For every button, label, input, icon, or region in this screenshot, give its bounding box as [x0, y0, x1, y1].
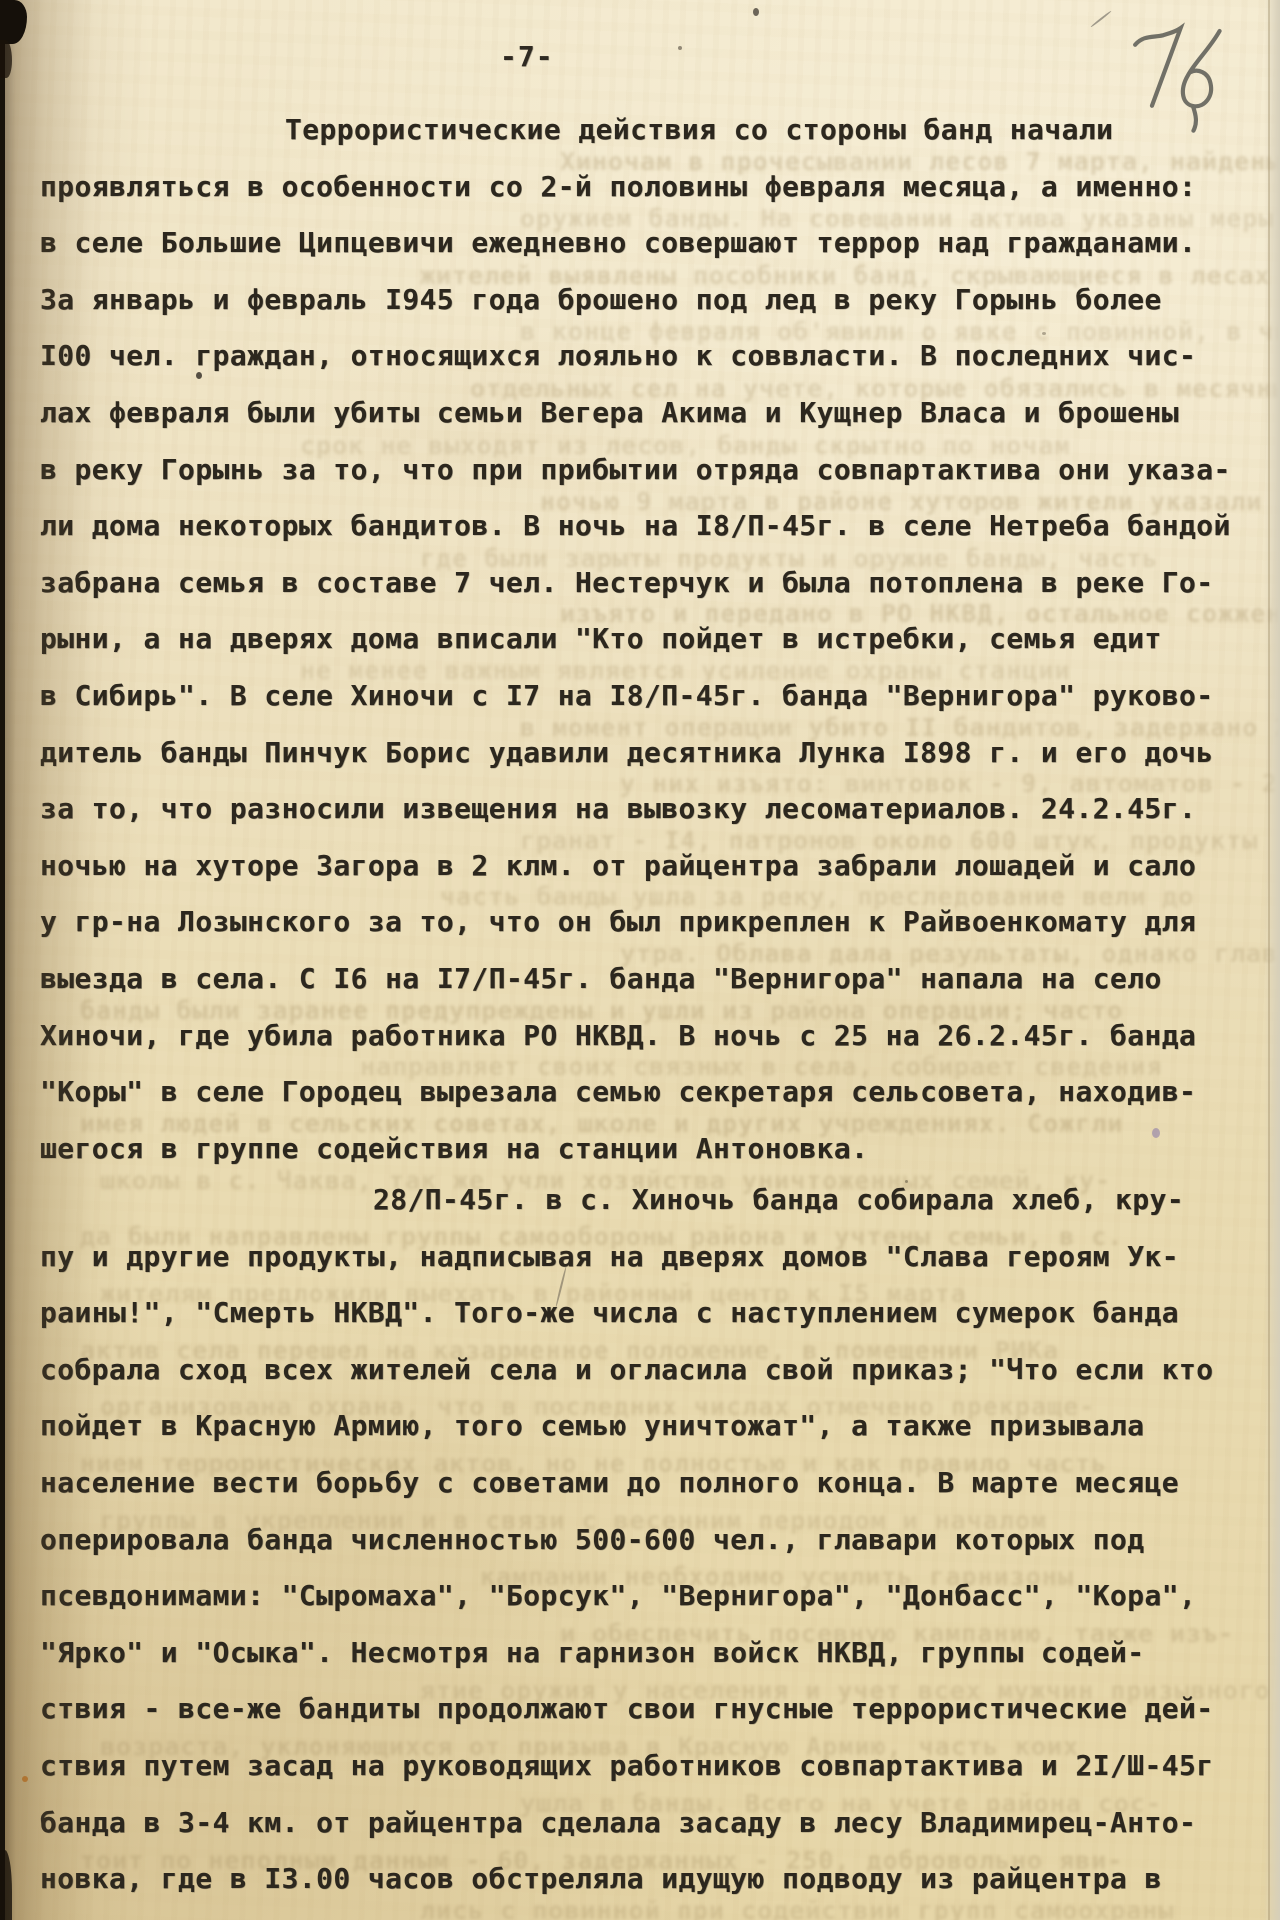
page-number: -7- [500, 40, 554, 73]
paragraph: Террористические действия со стороны бан… [40, 102, 1270, 1177]
scan-artifact [905, 1180, 908, 1183]
text-line: I00 чел. граждан, относящихся лояльно к … [40, 328, 1270, 385]
scan-artifact [1152, 1128, 1160, 1138]
pencil-numeral-76-drawing [1125, 11, 1232, 144]
text-line: раины!", "Смерть НКВД". Того-же числа с … [40, 1285, 1270, 1342]
text-line: "Ярко" и "Осыка". Несмотря на гарнизон в… [40, 1625, 1270, 1682]
text-line: у гр-на Лозынского за то, что он был при… [40, 894, 1270, 951]
scan-artifact [196, 372, 202, 379]
text-line: дитель банды Пинчук Борис удавили десятн… [40, 725, 1270, 782]
scan-artifact [753, 8, 759, 16]
text-line: собрала сход всех жителей села и огласил… [40, 1342, 1270, 1399]
scan-left-edge [0, 0, 5, 1920]
text-line: проявляться в особенности со 2-й половин… [40, 159, 1270, 216]
handwritten-page-number: 76 [1125, 11, 1232, 144]
text-line: шегося в группе содействия на станции Ан… [40, 1121, 1270, 1178]
scan-artifact [1090, 10, 1112, 28]
text-line: население вести борьбу с советами до пол… [40, 1455, 1270, 1512]
text-line: оперировала банда численностью 500-600 ч… [40, 1512, 1270, 1569]
text-line: Террористические действия со стороны бан… [40, 102, 1270, 159]
text-line: За январь и февраль I945 года брошено по… [40, 272, 1270, 329]
scan-corner-mark-top2 [0, 40, 12, 78]
scan-artifact [836, 690, 839, 693]
text-line: Хиночи, где убила работника РО НКВД. В н… [40, 1008, 1270, 1065]
scan-right-edge [1264, 0, 1280, 1920]
text-line: "Коры" в селе Городец вырезала семью сек… [40, 1064, 1270, 1121]
text-line: в реку Горынь за то, что при прибытии от… [40, 442, 1270, 499]
scan-artifact [678, 46, 682, 50]
text-line: в селе Большие Ципцевичи ежедневно совер… [40, 215, 1270, 272]
text-line: ли дома некоторых бандитов. В ночь на I8… [40, 498, 1270, 555]
text-line: новка, где в I3.00 часов обстреляла идущ… [40, 1851, 1270, 1908]
scan-left-shadow [0, 0, 95, 1920]
text-line: пойдет в Красную Армию, того семью уничт… [40, 1398, 1270, 1455]
text-line: ствия путем засад на руководящих работни… [40, 1738, 1270, 1795]
text-line: за то, что разносили извещения на вывозк… [40, 781, 1270, 838]
text-line: лах февраля были убиты семьи Вегера Аким… [40, 385, 1270, 442]
text-line: рыни, а на дверях дома вписали "Кто пойд… [40, 611, 1270, 668]
text-line: забрана семья в составе 7 чел. Нестерчук… [40, 555, 1270, 612]
text-line: в Сибирь". В селе Хиночи с I7 на I8/П-45… [40, 668, 1270, 725]
scanned-page: Хиночам в прочесывании лесов 7 марта, на… [0, 0, 1280, 1920]
text-line: выезда в села. С I6 на I7/П-45г. банда "… [40, 951, 1270, 1008]
text-line: псевдонимами: "Сыромаха", "Борсук", "Вер… [40, 1568, 1270, 1625]
text-line: 28/П-45г. в с. Хиночь банда собирала хле… [40, 1172, 1270, 1229]
text-line: ствия - все-же бандиты продолжают свои г… [40, 1681, 1270, 1738]
paper-right-crease [1268, 0, 1270, 1920]
paragraph: 28/П-45г. в с. Хиночь банда собирала хле… [40, 1172, 1270, 1908]
scan-artifact [1042, 332, 1046, 335]
text-line: пу и другие продукты, надписывая на двер… [40, 1229, 1270, 1286]
text-line: ночью на хуторе Загора в 2 клм. от райце… [40, 838, 1270, 895]
text-line: банда в 3-4 км. от райцентра сделала зас… [40, 1795, 1270, 1852]
